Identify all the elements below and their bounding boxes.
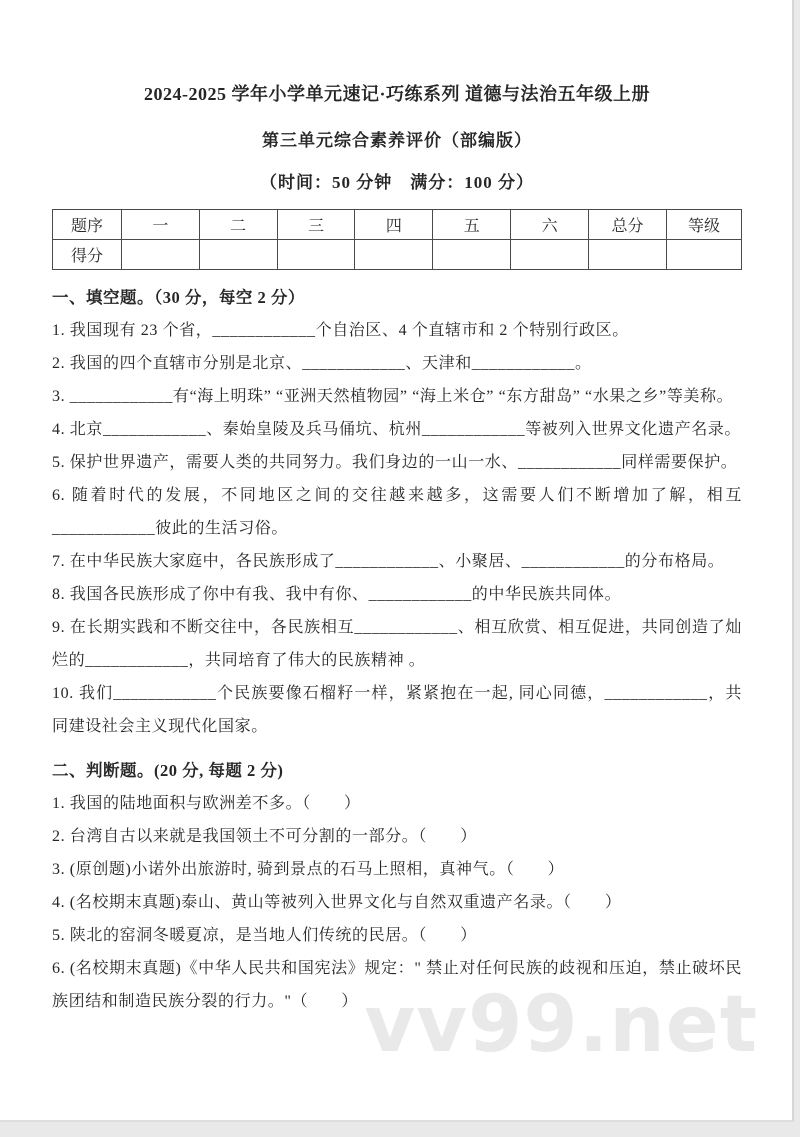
score-table-header-row: 题序一二三四五六总分等级	[53, 210, 742, 240]
doc-subtitle: 第三单元综合素养评价（部编版）	[52, 130, 742, 152]
question-text: 2. 我国的四个直辖市分别是北京、____________、天津和_______…	[52, 347, 742, 380]
true-false-question-list: 1. 我国的陆地面积与欧洲差不多。（ ）2. 台湾自古以来就是我国领土不可分割的…	[52, 787, 742, 1018]
score-table-header-cell: 题序	[53, 210, 122, 240]
score-table: 题序一二三四五六总分等级 得分	[52, 209, 742, 270]
score-cell	[589, 240, 667, 270]
section-true-false: 二、判断题。(20 分, 每题 2 分) 1. 我国的陆地面积与欧洲差不多。（ …	[52, 754, 742, 1018]
question-text: 4. (名校期末真题)泰山、黄山等被列入世界文化与自然双重遗产名录。（ ）	[52, 886, 742, 919]
score-cell	[355, 240, 433, 270]
score-cell	[433, 240, 511, 270]
score-cell	[511, 240, 589, 270]
score-cell	[666, 240, 741, 270]
score-table-header-cell: 四	[355, 210, 433, 240]
document-page: 2024-2025 学年小学单元速记·巧练系列 道德与法治五年级上册 第三单元综…	[0, 0, 794, 1122]
score-table-header-cell: 五	[433, 210, 511, 240]
section-heading: 一、填空题。（30 分，每空 2 分）	[52, 281, 742, 314]
question-text: 7. 在中华民族大家庭中，各民族形成了____________、小聚居、____…	[52, 545, 742, 578]
question-text: 6. (名校期末真题)《中华人民共和国宪法》规定：" 禁止对任何民族的歧视和压迫…	[52, 952, 742, 1018]
score-cell	[199, 240, 277, 270]
question-text: 2. 台湾自古以来就是我国领土不可分割的一部分。（ ）	[52, 820, 742, 853]
section-fill-in-blanks: 一、填空题。（30 分，每空 2 分） 1. 我国现有 23 个省，______…	[52, 281, 742, 743]
score-table-header-cell: 三	[277, 210, 355, 240]
fill-in-blanks-question-list: 1. 我国现有 23 个省，____________个自治区、4 个直辖市和 2…	[52, 314, 742, 743]
question-text: 1. 我国的陆地面积与欧洲差不多。（ ）	[52, 787, 742, 820]
question-text: 10. 我们____________个民族要像石榴籽一样，紧紧抱在一起, 同心同…	[52, 677, 742, 743]
document-content: 2024-2025 学年小学单元速记·巧练系列 道德与法治五年级上册 第三单元综…	[0, 0, 792, 1018]
section-heading: 二、判断题。(20 分, 每题 2 分)	[52, 754, 742, 787]
question-text: 5. 陕北的窑洞冬暖夏凉，是当地人们传统的民居。（ ）	[52, 919, 742, 952]
question-text: 4. 北京____________、秦始皇陵及兵马俑坑、杭州__________…	[52, 413, 742, 446]
score-row-label: 得分	[53, 240, 122, 270]
question-text: 3. (原创题)小诺外出旅游时, 骑到景点的石马上照相，真神气。（ ）	[52, 853, 742, 886]
score-table-header-cell: 六	[511, 210, 589, 240]
score-table-header-cell: 等级	[666, 210, 741, 240]
score-table-header-cell: 总分	[589, 210, 667, 240]
question-text: 6. 随着时代的发展，不同地区之间的交往越来越多，这需要人们不断增加了解，相互_…	[52, 479, 742, 545]
doc-title: 2024-2025 学年小学单元速记·巧练系列 道德与法治五年级上册	[52, 0, 742, 106]
score-cell	[277, 240, 355, 270]
score-table-header-cell: 一	[121, 210, 199, 240]
question-text: 8. 我国各民族形成了你中有我、我中有你、____________的中华民族共同…	[52, 578, 742, 611]
question-text: 1. 我国现有 23 个省，____________个自治区、4 个直辖市和 2…	[52, 314, 742, 347]
question-text: 3. ____________有“海上明珠” “亚洲天然植物园” “海上米仓” …	[52, 380, 742, 413]
score-cell	[121, 240, 199, 270]
score-table-header-cell: 二	[199, 210, 277, 240]
question-text: 9. 在长期实践和不断交往中，各民族相互____________、相互欣赏、相互…	[52, 611, 742, 677]
score-table-score-row: 得分	[53, 240, 742, 270]
doc-time-score: （时间：50 分钟 满分：100 分）	[52, 172, 742, 194]
question-text: 5. 保护世界遗产，需要人类的共同努力。我们身边的一山一水、__________…	[52, 446, 742, 479]
